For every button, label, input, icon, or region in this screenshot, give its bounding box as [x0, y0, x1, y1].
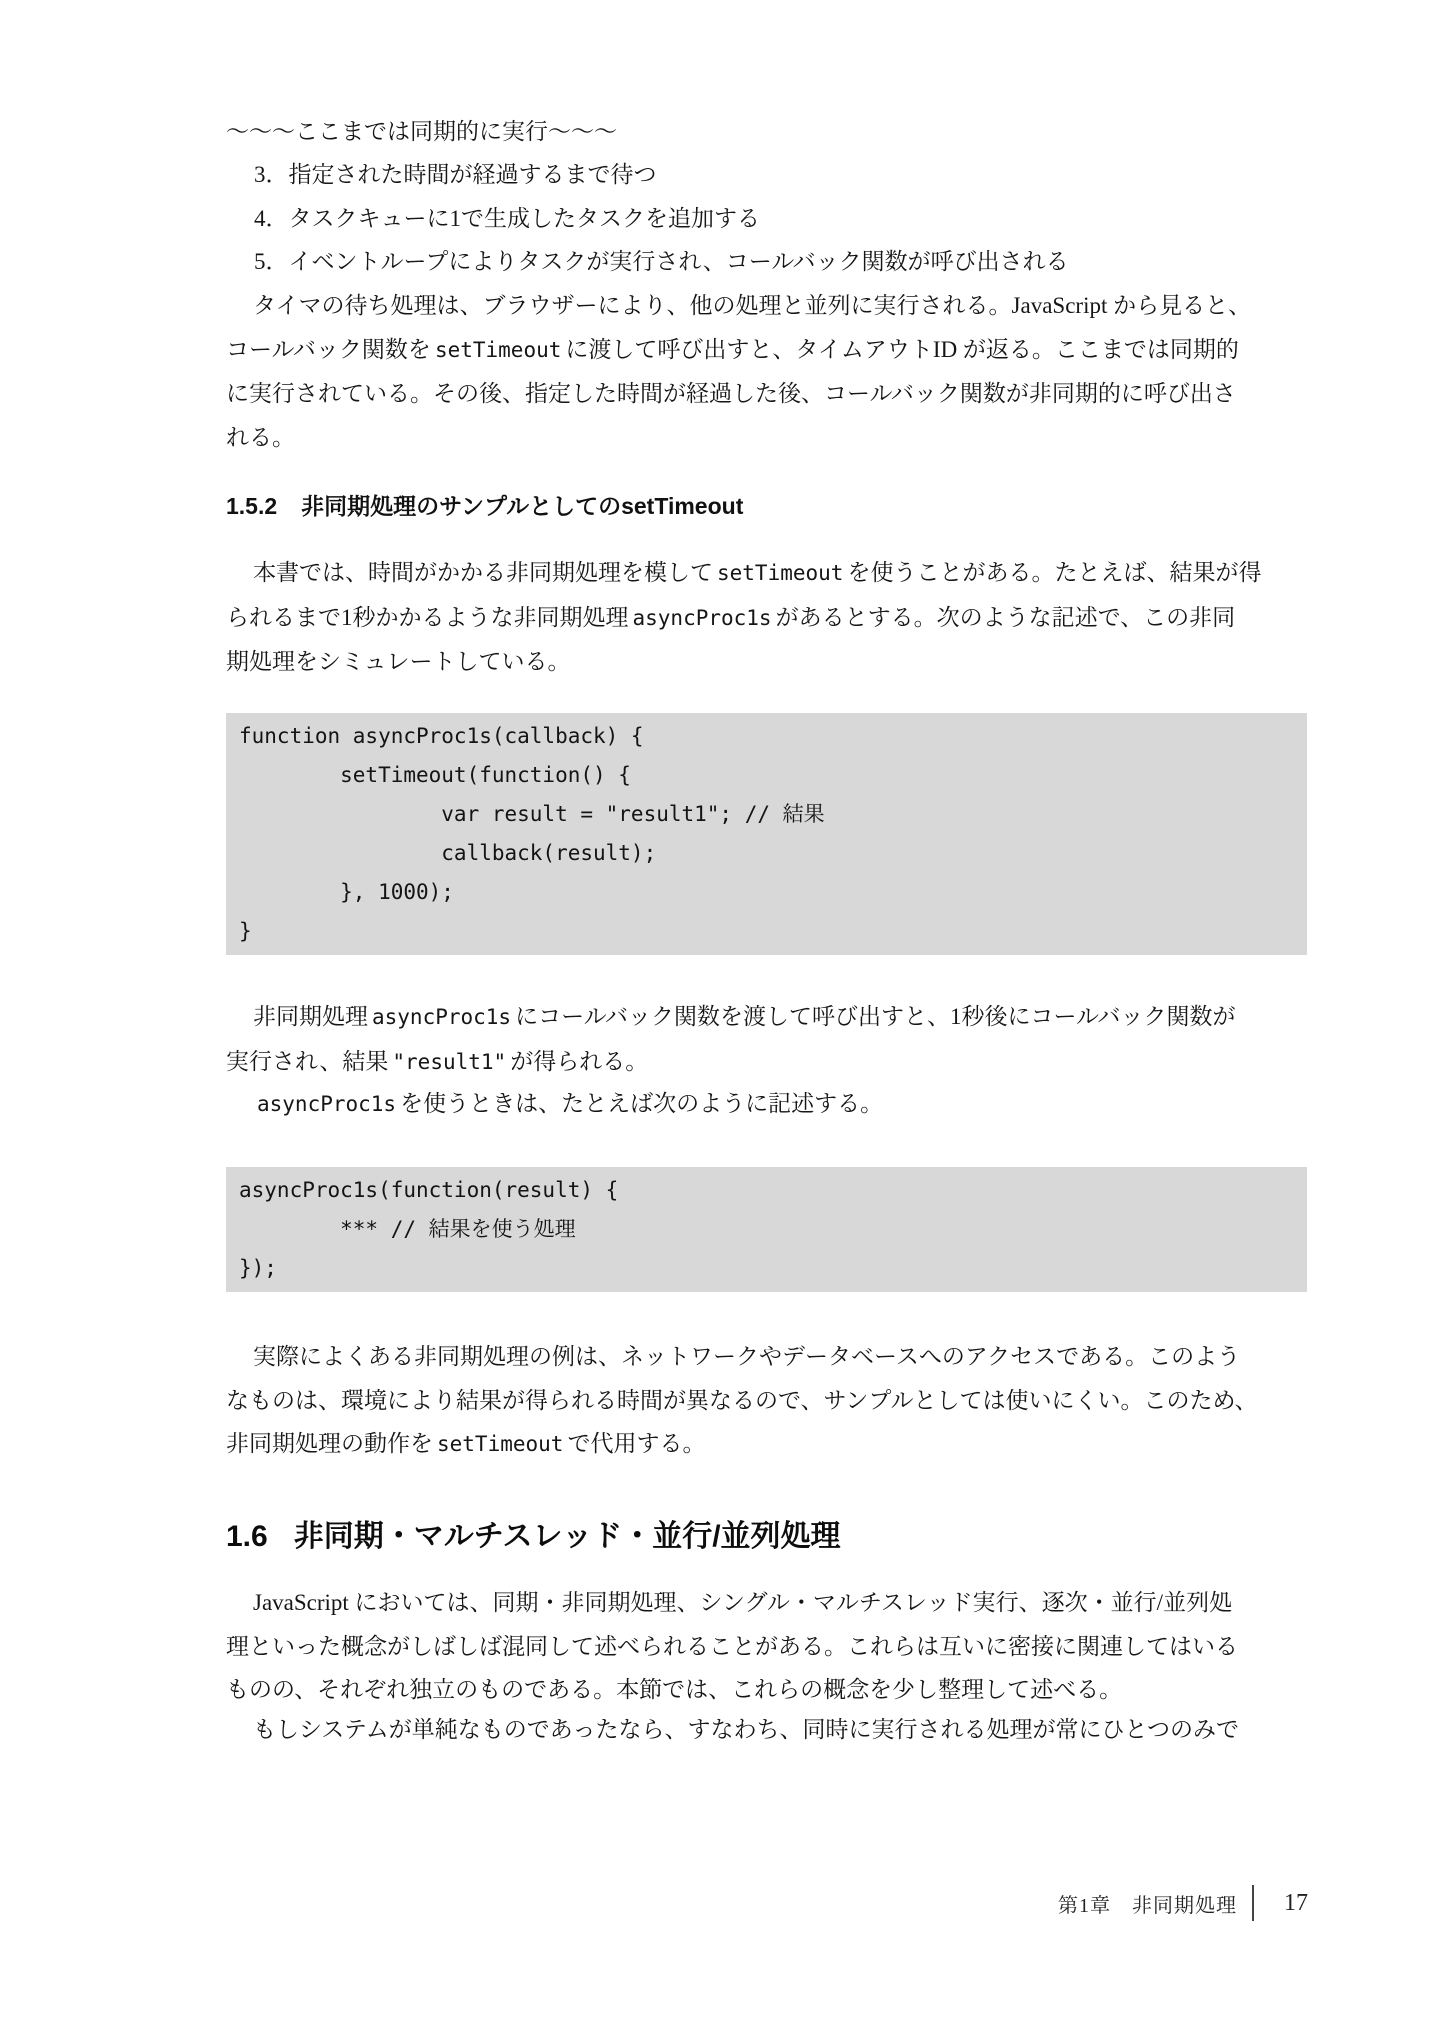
- inline-code: asyncProc1s: [372, 1005, 511, 1029]
- text-line: ものの、それぞれ独立のものである。本節では、これらの概念を少し整理して述べる。: [226, 1668, 1318, 1712]
- section-heading-1-6: 1.6非同期・マルチスレッド・並行/並列処理: [226, 1512, 841, 1562]
- text-line: JavaScript においては、同期・非同期処理、シングル・マルチスレッド実行…: [226, 1581, 1318, 1625]
- text-line: 実際によくある非同期処理の例は、ネットワークやデータベースへのアクセスである。こ…: [226, 1335, 1318, 1379]
- text-line: なものは、環境により結果が得られる時間が異なるので、サンプルとしては使いにくい。…: [226, 1379, 1318, 1423]
- footer-divider: [1252, 1885, 1254, 1921]
- text-line: タイマの待ち処理は、ブラウザーにより、他の処理と並列に実行される。JavaScr…: [226, 284, 1318, 328]
- list-item: 3．指定された時間が経過するまで待つ: [226, 153, 1069, 197]
- text-line: 理といった概念がしばしば混同して述べられることがある。これらは互いに密接に関連し…: [226, 1625, 1318, 1669]
- page-number: 17: [1278, 1890, 1308, 1917]
- numbered-step-list: 3．指定された時間が経過するまで待つ 4．タスクキューに1で生成したタスクを追加…: [226, 153, 1069, 284]
- text-line: 非同期処理asyncProc1sにコールバック関数を渡して呼び出すと、1秒後にコ…: [226, 995, 1318, 1040]
- paragraph-callback-result: 非同期処理asyncProc1sにコールバック関数を渡して呼び出すと、1秒後にコ…: [226, 995, 1318, 1084]
- section-number: 1.5.2: [226, 493, 277, 519]
- list-item: 5．イベントループによりタスクが実行され、コールバック関数が呼び出される: [226, 240, 1069, 284]
- inline-code: asyncProc1s: [633, 606, 772, 630]
- text-line: 実行され、結果"result1"が得られる。: [226, 1040, 1318, 1085]
- section-title: 非同期処理のサンプルとしてのsetTimeout: [301, 493, 743, 519]
- sync-execution-marker: 〜〜〜ここまでは同期的に実行〜〜〜: [226, 110, 617, 154]
- inline-code: setTimeout: [717, 561, 843, 585]
- text-line: 非同期処理の動作をsetTimeoutで代用する。: [226, 1422, 1318, 1467]
- text-line: コールバック関数をsetTimeoutに渡して呼び出すと、タイムアウトID が返…: [226, 328, 1318, 373]
- footer-chapter-title: 第1章 非同期処理: [1058, 1889, 1237, 1918]
- paragraph-real-world-async: 実際によくある非同期処理の例は、ネットワークやデータベースへのアクセスである。こ…: [226, 1335, 1318, 1467]
- text-line: に実行されている。その後、指定した時間が経過した後、コールバック関数が非同期的に…: [226, 372, 1318, 416]
- list-item: 4．タスクキューに1で生成したタスクを追加する: [226, 197, 1069, 241]
- inline-code: setTimeout: [437, 1432, 563, 1456]
- book-page: 〜〜〜ここまでは同期的に実行〜〜〜 3．指定された時間が経過するまで待つ 4．タ…: [0, 0, 1433, 2024]
- text-line: られるまで1秒かかるような非同期処理asyncProc1sがあるとする。次のよう…: [226, 596, 1318, 641]
- paragraph-timer-explanation: タイマの待ち処理は、ブラウザーにより、他の処理と並列に実行される。JavaScr…: [226, 284, 1318, 459]
- inline-code: setTimeout: [435, 338, 561, 362]
- inline-code: "result1": [392, 1050, 506, 1074]
- inline-code: asyncProc1s: [257, 1092, 396, 1116]
- paragraph-simple-system: もしシステムが単純なものであったなら、すなわち、同時に実行される処理が常にひとつ…: [226, 1708, 1318, 1752]
- section-title: 非同期・マルチスレッド・並行/並列処理: [294, 1520, 841, 1553]
- text-line: 期処理をシミュレートしている。: [226, 640, 1318, 684]
- page-footer: 第1章 非同期処理 17: [1058, 1885, 1308, 1921]
- code-block-asyncproc1s-definition: function asyncProc1s(callback) { setTime…: [226, 713, 1307, 955]
- text-line: 本書では、時間がかかる非同期処理を模してsetTimeoutを使うことがある。た…: [226, 551, 1318, 596]
- text-line: れる。: [226, 416, 1318, 460]
- paragraph-concepts-overview: JavaScript においては、同期・非同期処理、シングル・マルチスレッド実行…: [226, 1581, 1318, 1712]
- paragraph-settimeout-sample: 本書では、時間がかかる非同期処理を模してsetTimeoutを使うことがある。た…: [226, 551, 1318, 684]
- section-number: 1.6: [226, 1520, 268, 1553]
- section-heading-1-5-2: 1.5.2非同期処理のサンプルとしてのsetTimeout: [226, 484, 743, 528]
- paragraph-usage-intro: asyncProc1sを使うときは、たとえば次のように記述する。: [226, 1082, 1318, 1127]
- text-line: もしシステムが単純なものであったなら、すなわち、同時に実行される処理が常にひとつ…: [226, 1708, 1318, 1752]
- text-line: asyncProc1sを使うときは、たとえば次のように記述する。: [226, 1082, 1318, 1127]
- code-block-asyncproc1s-usage: asyncProc1s(function(result) { *** // 結果…: [226, 1167, 1307, 1292]
